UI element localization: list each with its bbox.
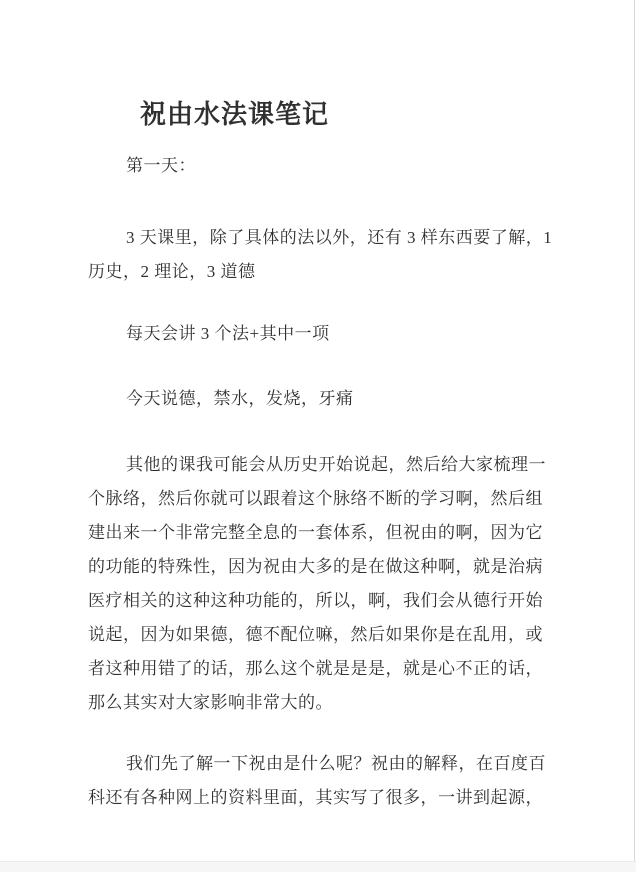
- text-line: 的功能的特殊性，因为祝由大多的是在做这种啊，就是治病: [88, 550, 548, 584]
- document-content: 祝由水法课笔记 第一天：3 天课里，除了具体的法以外，还有 3 样东西要了解，1…: [88, 97, 548, 815]
- text-line: 历史，2 理论，3 道德: [88, 255, 548, 289]
- text-line: 科还有各种网上的资料里面，其实写了很多，一讲到起源，: [88, 781, 548, 815]
- text-line: 我们先了解一下祝由是什么呢？祝由的解释，在百度百: [88, 747, 548, 781]
- text-line: 今天说德，禁水，发烧，牙痛: [88, 382, 548, 416]
- document-page: 祝由水法课笔记 第一天：3 天课里，除了具体的法以外，还有 3 样东西要了解，1…: [0, 0, 636, 861]
- text-line: 那么其实对大家影响非常大的。: [88, 686, 548, 720]
- document-body: 第一天：3 天课里，除了具体的法以外，还有 3 样东西要了解，1历史，2 理论，…: [88, 149, 548, 815]
- text-line: 个脉络，然后你就可以跟着这个脉络不断的学习啊，然后组: [88, 482, 548, 516]
- paragraph: 第一天：: [88, 149, 548, 183]
- paragraph: 其他的课我可能会从历史开始说起，然后给大家梳理一个脉络，然后你就可以跟着这个脉络…: [88, 448, 548, 720]
- page-bottom-gap: [0, 861, 636, 872]
- paragraph: 我们先了解一下祝由是什么呢？祝由的解释，在百度百科还有各种网上的资料里面，其实写…: [88, 747, 548, 815]
- text-line: 第一天：: [88, 149, 548, 183]
- text-line: 医疗相关的这种这种功能的，所以，啊，我们会从德行开始: [88, 584, 548, 618]
- text-line: 3 天课里，除了具体的法以外，还有 3 样东西要了解，1: [88, 221, 548, 255]
- text-line: 其他的课我可能会从历史开始说起，然后给大家梳理一: [88, 448, 548, 482]
- text-line: 者这种用错了的话，那么这个就是是是，就是心不正的话，: [88, 652, 548, 686]
- text-line: 建出来一个非常完整全息的一套体系，但祝由的啊，因为它: [88, 516, 548, 550]
- text-line: 说起，因为如果德，德不配位嘛，然后如果你是在乱用，或: [88, 618, 548, 652]
- text-line: 每天会讲 3 个法+其中一项: [88, 317, 548, 351]
- page-title: 祝由水法课笔记: [88, 97, 548, 133]
- paragraph: 3 天课里，除了具体的法以外，还有 3 样东西要了解，1历史，2 理论，3 道德: [88, 221, 548, 289]
- paragraph: 今天说德，禁水，发烧，牙痛: [88, 382, 548, 416]
- page-right-border: [634, 0, 635, 861]
- paragraph: 每天会讲 3 个法+其中一项: [88, 317, 548, 351]
